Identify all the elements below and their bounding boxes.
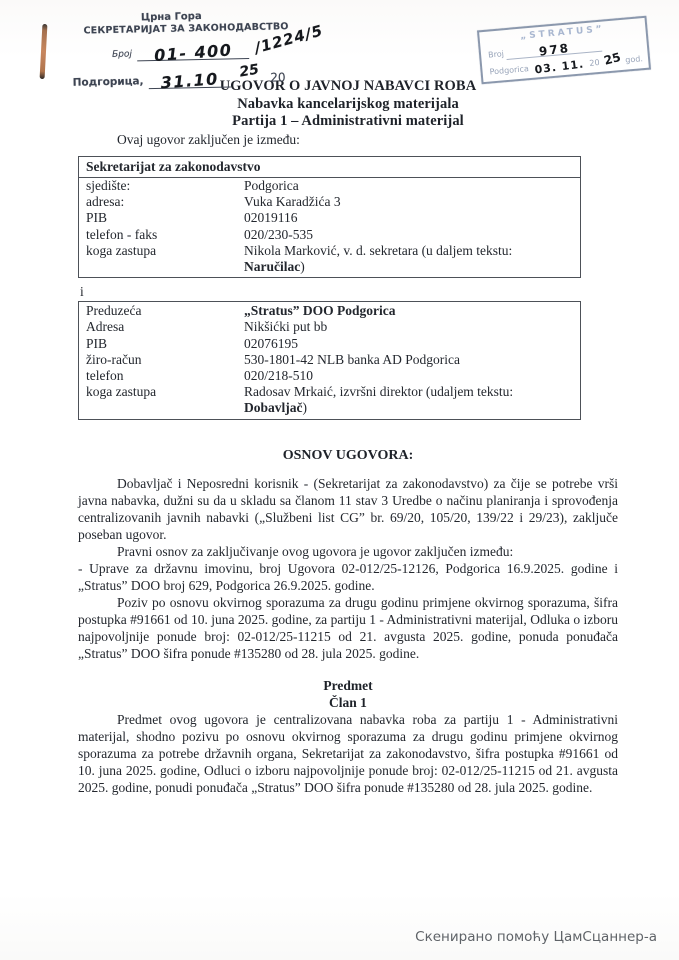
table-row: Adresa Nikšićki put bb	[79, 319, 580, 335]
row-value: Radosav Mrkaić, izvršni direktor (udalje…	[244, 384, 574, 416]
osnov-paragraph-2: Pravni osnov za zaključivanje ovog ugovo…	[78, 543, 618, 560]
stamp-broj-line: 01- 400	[137, 39, 249, 61]
document-body: UGOVOR O JAVNOJ NABAVCI ROBA Nabavka kan…	[78, 78, 618, 796]
party2-table: Preduzeća „Stratus” DOO Podgorica Adresa…	[78, 301, 581, 419]
table-row: adresa: Vuka Karadžića 3	[79, 194, 580, 210]
party1-header: Sekretarijat za zakonodavstvo	[79, 158, 580, 179]
row-label: Adresa	[86, 319, 244, 335]
party1-alias: Naručilac	[244, 259, 300, 274]
secretariat-stamp: Црна Гора СЕКРЕТАРИЈАТ ЗА ЗАКОНОДАВСТВО …	[83, 8, 325, 90]
table-row: telefon - faks 020/230-535	[79, 227, 580, 243]
connector-i: i	[80, 285, 618, 298]
row-label: koga zastupa	[86, 384, 244, 416]
row-label: Preduzeća	[86, 303, 244, 319]
stamp-year-handwriting: 25	[238, 62, 260, 81]
row-label: koga zastupa	[86, 243, 244, 275]
table-row: koga zastupa Nikola Marković, v. d. sekr…	[79, 243, 580, 275]
stamp-city-label: Подгорица,	[73, 75, 144, 88]
section-heading-osnov: OSNOV UGOVORA:	[78, 447, 618, 464]
row-label: telefon - faks	[86, 227, 244, 243]
row-value: Vuka Karadžića 3	[244, 194, 574, 210]
row-value: 020/230-535	[244, 227, 574, 243]
title-line-2: Nabavka kancelarijskog materijala	[78, 96, 618, 114]
stratus-stamp-year-suffix: god.	[625, 54, 643, 64]
table-row: Preduzeća „Stratus” DOO Podgorica	[79, 303, 580, 319]
section-heading-predmet: Predmet	[78, 677, 618, 694]
row-label: PIB	[86, 210, 244, 226]
table-row: telefon 020/218-510	[79, 368, 580, 384]
stamp-year-prefix: 20	[270, 70, 286, 84]
row-value: 02019116	[244, 210, 574, 226]
table-row: žiro-račun 530-1801-42 NLB banka AD Podg…	[79, 352, 580, 368]
document-page: Црна Гора СЕКРЕТАРИЈАТ ЗА ЗАКОНОДАВСТВО …	[0, 0, 679, 960]
row-label: žiro-račun	[86, 352, 244, 368]
row-label: sjedište:	[86, 178, 244, 194]
row-value: Podgorica	[244, 178, 574, 194]
stamp-date-line: 31.10	[148, 67, 230, 89]
stratus-stamp: „STRATUS” Broj 978 Podgorica 03. 11. 20 …	[477, 16, 651, 85]
party1-table: Sekretarijat za zakonodavstvo sjedište: …	[78, 156, 581, 279]
party2-alias: Dobavljač	[244, 400, 303, 415]
row-value: Nikola Marković, v. d. sekretara (u dalj…	[244, 243, 574, 275]
stratus-stamp-broj-label: Broj	[488, 49, 504, 59]
table-row: PIB 02076195	[79, 336, 580, 352]
row-label: PIB	[86, 336, 244, 352]
intro-line: Ovaj ugovor zaključen je između:	[78, 131, 618, 148]
section-heading-clan-1: Član 1	[78, 694, 618, 711]
row-label: telefon	[86, 368, 244, 384]
stamp-broj-handwriting: 01- 400	[153, 40, 233, 65]
row-value: „Stratus” DOO Podgorica	[244, 303, 574, 319]
stamp-broj-label: Број	[112, 50, 132, 60]
row-label: adresa:	[86, 194, 244, 210]
table-row: koga zastupa Radosav Mrkaić, izvršni dir…	[79, 384, 580, 416]
osnov-paragraph-4: Poziv po osnovu okvirnog sporazuma za dr…	[78, 594, 618, 662]
osnov-paragraph-3: - Uprave za državnu imovinu, broj Ugovor…	[78, 560, 618, 594]
predmet-paragraph-1: Predmet ovog ugovora je centralizovana n…	[78, 711, 618, 796]
stratus-stamp-city: Podgorica	[489, 64, 529, 76]
title-line-3: Partija 1 – Administrativni materijal	[78, 113, 618, 131]
table-row: sjedište: Podgorica	[79, 178, 580, 194]
stratus-stamp-year-prefix: 20	[589, 58, 600, 68]
party2-name: „Stratus” DOO Podgorica	[244, 303, 396, 318]
camscanner-watermark: Скенирано помоћу ЦамСцаннер-а	[415, 929, 657, 945]
osnov-paragraph-1: Dobavljač i Neposredni korisnik - (Sekre…	[78, 475, 618, 543]
stamp-number-row: Број 01- 400 /1224/5	[112, 37, 324, 61]
row-value: 02076195	[244, 336, 574, 352]
stratus-stamp-year-handwriting: 25	[602, 50, 622, 68]
stratus-stamp-date-handwriting: 03. 11.	[534, 57, 585, 76]
row-value: 020/218-510	[244, 368, 574, 384]
row-value: 530-1801-42 NLB banka AD Podgorica	[244, 352, 574, 368]
row-value: Nikšićki put bb	[244, 319, 574, 335]
pen-mark	[40, 24, 48, 79]
table-row: PIB 02019116	[79, 210, 580, 226]
